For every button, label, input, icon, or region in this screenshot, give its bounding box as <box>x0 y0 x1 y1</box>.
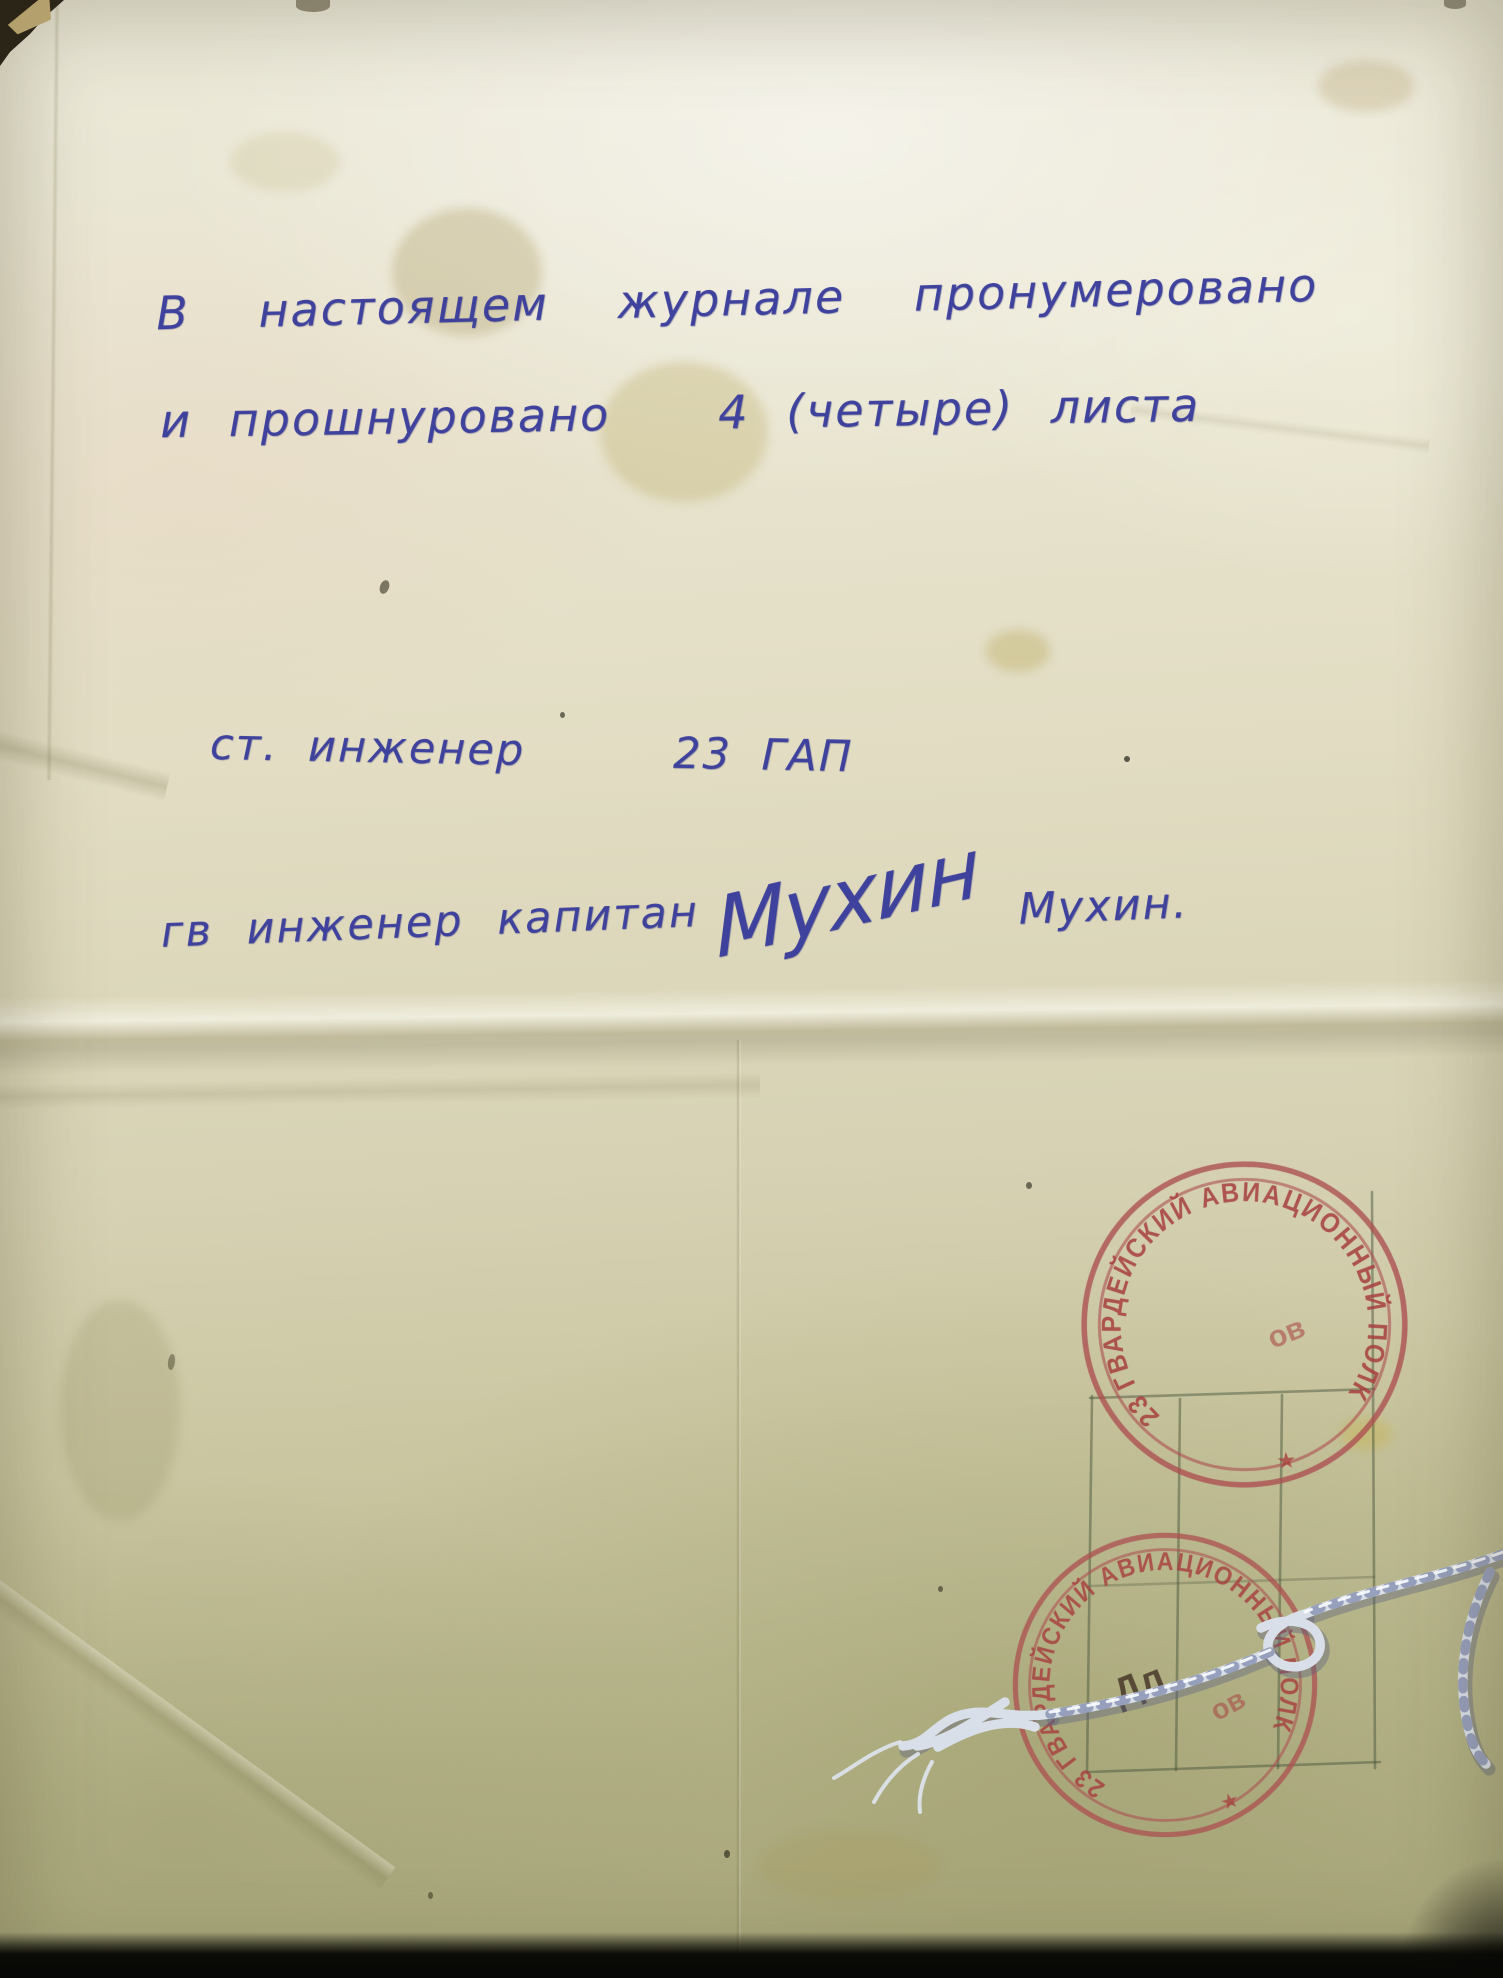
stain-blob <box>760 1830 940 1900</box>
surname-text: Мухин. <box>1018 878 1190 934</box>
journal-back-page-photo: В настоящем журнале пронумеровано и прош… <box>0 0 1503 1978</box>
rank-senior-engineer: ст. инженер <box>210 720 526 776</box>
thread-loop <box>1261 1614 1320 1667</box>
paper-speck <box>428 1892 433 1899</box>
stain-blob <box>60 1300 180 1520</box>
stamp-star-icon: ★ <box>1276 1447 1298 1474</box>
upper-regiment-stamp: 23 ГВАРДЕЙСКИЙ АВИАЦИОННЫЙ ПОЛК ★ ов <box>1060 1140 1428 1508</box>
thread-frayed-end <box>874 1754 918 1802</box>
stain-blob <box>230 132 340 192</box>
paper-speck <box>724 1850 730 1858</box>
photo-bottom-edge <box>0 1932 1503 1978</box>
rank-guards-engineer-captain: гв инженер капитан <box>160 887 700 958</box>
edge-nick <box>296 0 330 12</box>
edge-nick <box>1444 0 1466 9</box>
sheet-count-text: 4 (четыре) листа <box>718 378 1201 440</box>
stain-blob <box>986 630 1050 672</box>
paper-speck <box>1124 756 1130 762</box>
paper-speck <box>560 712 565 718</box>
stamp-inner-ring <box>1090 1170 1400 1480</box>
thread-frayed-end <box>834 1742 900 1778</box>
statement-line2-lead: и прошнуровано <box>160 387 611 448</box>
vertical-fold-crease <box>736 1040 741 1978</box>
thread-frayed-end <box>920 1762 933 1812</box>
stain-blob <box>1318 60 1414 112</box>
unit-designation: 23 ГАП <box>673 729 854 782</box>
photo-corner-shadow <box>1313 1758 1503 1978</box>
stamp-center-fragment: ов <box>1263 1310 1310 1356</box>
